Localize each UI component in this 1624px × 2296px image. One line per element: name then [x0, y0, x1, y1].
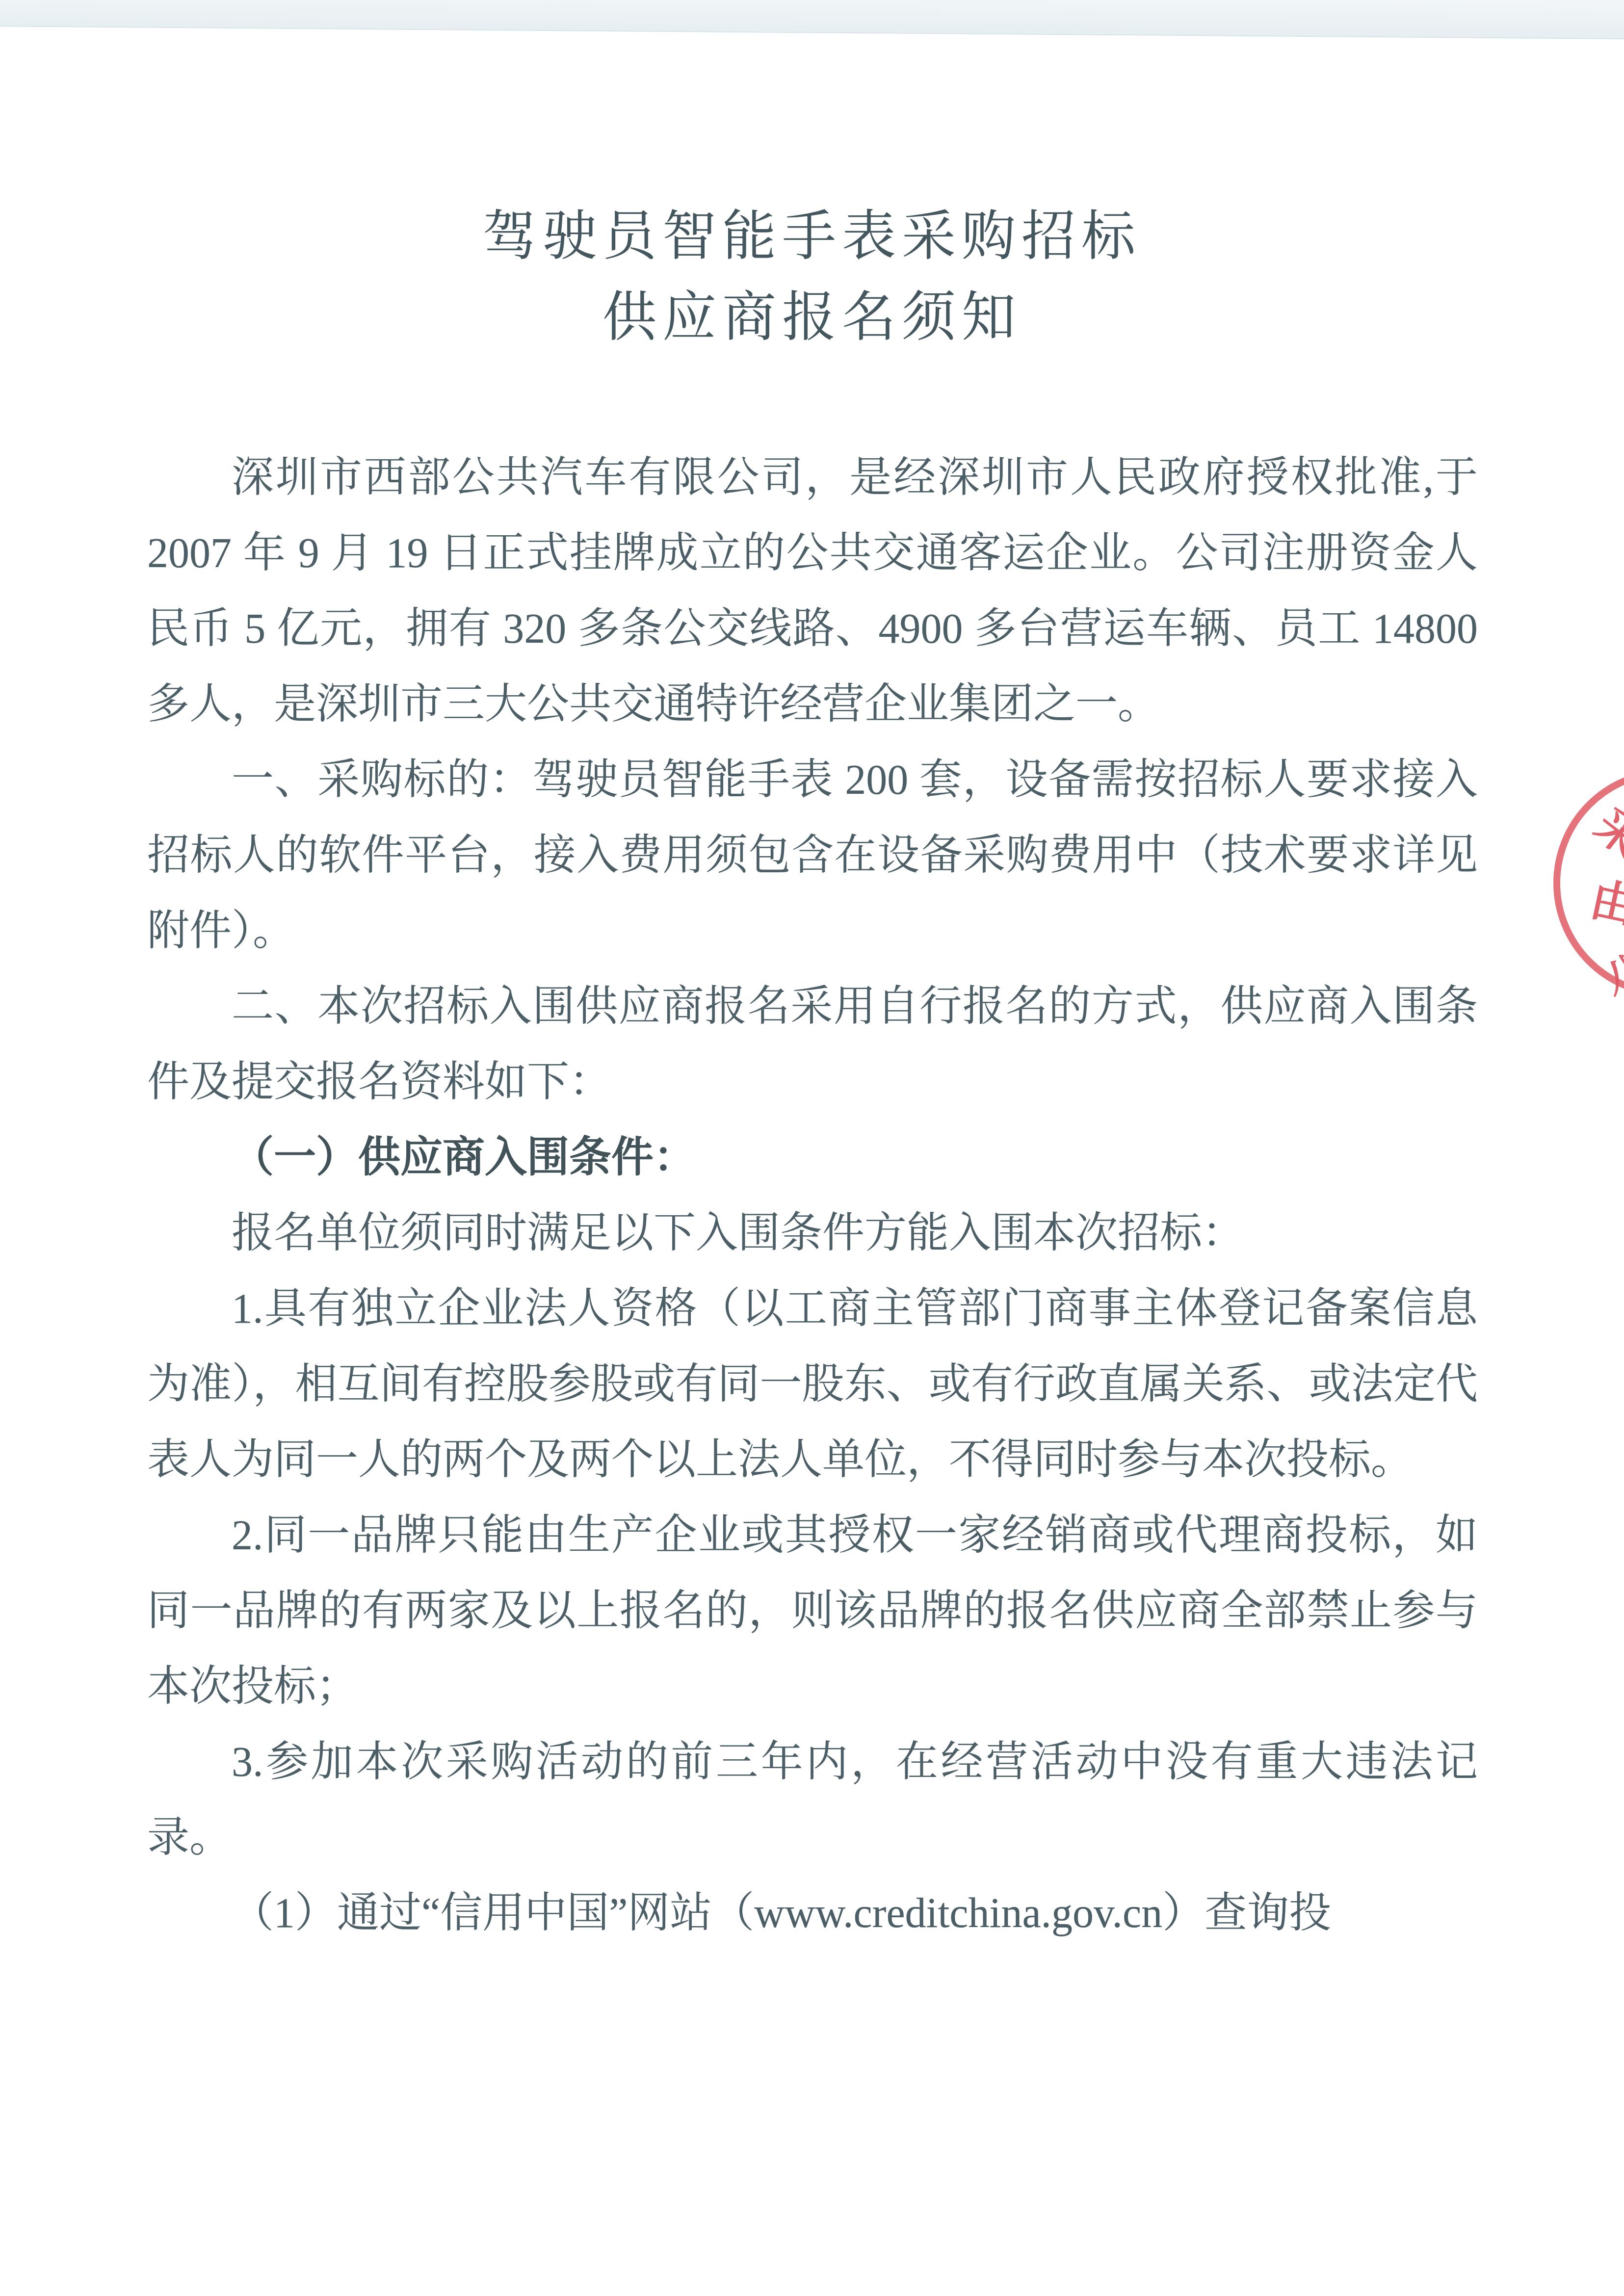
- paragraph-registration-method: 二、本次招标入围供应商报名采用自行报名的方式，供应商入围条件及提交报名资料如下：: [147, 968, 1478, 1120]
- paragraph-conditions-intro: 报名单位须同时满足以下入围条件方能入围本次招标：: [147, 1195, 1478, 1271]
- paragraph-company-intro: 深圳市西部公共汽车有限公司，是经深圳市人民政府授权批准,于 2007 年 9 月…: [147, 440, 1478, 742]
- heading-supplier-shortlist-conditions: （一）供应商入围条件：: [147, 1120, 1478, 1195]
- paragraph-creditchina-check: （1）通过“信用中国”网站（www.creditchina.gov.cn）查询投: [147, 1875, 1478, 1951]
- scan-artifact-top-band: [0, 0, 1624, 40]
- paragraph-condition-3: 3.参加本次采购活动的前三年内，在经营活动中没有重大违法记录。: [147, 1724, 1478, 1875]
- paragraph-procurement-subject: 一、采购标的：驾驶员智能手表 200 套，设备需按招标人要求接入招标人的软件平台…: [147, 742, 1478, 968]
- red-seal-stamp: 采 由 八: [1553, 769, 1624, 997]
- document-title-line2: 供应商报名须知: [0, 277, 1624, 358]
- document-body: 深圳市西部公共汽车有限公司，是经深圳市人民政府授权批准,于 2007 年 9 月…: [147, 440, 1478, 1951]
- document-page: { "document": { "title": { "line1": "驾驶员…: [0, 0, 1624, 2296]
- paragraph-condition-1: 1.具有独立企业法人资格（以工商主管部门商事主体登记备案信息为准），相互间有控股…: [147, 1271, 1478, 1497]
- document-title-line1: 驾驶员智能手表采购招标: [0, 196, 1624, 277]
- paragraph-condition-2: 2.同一品牌只能由生产企业或其授权一家经销商或代理商投标，如同一品牌的有两家及以…: [147, 1497, 1478, 1724]
- document-title: 驾驶员智能手表采购招标 供应商报名须知: [0, 196, 1624, 358]
